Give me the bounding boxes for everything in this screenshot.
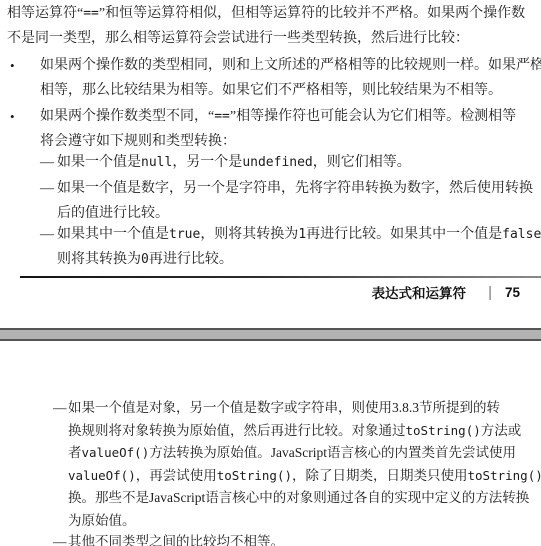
dash-text: 如果一个值是null，另一个是undefined，则它们相等。 — [57, 150, 541, 175]
dash-marker: — — [53, 397, 68, 533]
text-segment: ，则将其转换为 — [200, 227, 298, 242]
text-segment: 换规则将对象转换为原始值，然后再进行比较。对象通过 — [68, 423, 406, 438]
bullet-marker-icon: • — [10, 104, 40, 154]
bullet-text: 如果两个操作数类型不同，“==”相等操作符也可能会认为它们相等。检测相等将会遵守… — [40, 104, 541, 154]
text-segment: 如果一个值是对象，另一个值是数字或字符串，则使用3.8.3节所提到的转 — [68, 400, 500, 415]
text-segment: ”相等操作符也可能会认为它们相等。检测相等 — [230, 109, 516, 124]
page-break-separator — [0, 328, 541, 341]
dash-item-other-types: — 其他不同类型之间的比较均不相等。 — [53, 531, 533, 546]
text-line: 不是同一类型，那么相等运算符会尝试进行一些类型转换，然后进行比较： — [7, 26, 541, 51]
code-segment: toString() — [217, 468, 292, 483]
text-segment: 如果两个操作数类型不同，“ — [40, 109, 214, 124]
text-segment: 则将其转换为 — [57, 252, 141, 267]
text-segment: 者 — [68, 445, 82, 460]
dash-text: 其他不同类型之间的比较均不相等。 — [68, 531, 533, 546]
text-segment: 相等运算符“ — [7, 6, 83, 21]
intro-paragraph: 相等运算符“==”和恒等运算符相似，但相等运算符的比较并不严格。如果两个操作数不… — [7, 1, 541, 51]
text-segment: ，再尝试使用 — [136, 468, 217, 483]
code-segment: false — [502, 227, 541, 242]
text-line: 如果两个操作数类型不同，“==”相等操作符也可能会认为它们相等。检测相等 — [40, 104, 541, 129]
text-line: 如果一个值是对象，另一个值是数字或字符串，则使用3.8.3节所提到的转 — [68, 397, 541, 420]
code-segment: toString() — [406, 423, 481, 438]
dash-marker: — — [40, 222, 57, 272]
footer-section-title: 表达式和运算符 — [372, 282, 467, 302]
dash-text: 如果一个值是对象，另一个值是数字或字符串，则使用3.8.3节所提到的转换规则将对… — [68, 397, 541, 533]
bullet-text: 如果两个操作数的类型相同，则和上文所述的严格相等的比较规则一样。如果严格相等，那… — [40, 53, 541, 103]
dash-item-null-undefined: — 如果一个值是null，另一个是undefined，则它们相等。 — [40, 150, 541, 175]
text-segment: 方法或 — [481, 423, 522, 438]
page-footer: 表达式和运算符 | 75 — [372, 284, 520, 300]
bullet-marker-icon: • — [10, 53, 40, 103]
dash-marker: — — [40, 150, 57, 175]
dash-item-true-false: — 如果其中一个值是true，则将其转换为1再进行比较。如果其中一个值是fals… — [40, 222, 541, 272]
text-segment: ，另一个是 — [172, 155, 242, 170]
code-segment: valueOf() — [68, 468, 136, 483]
code-segment: null — [141, 155, 172, 170]
text-line: 如果两个操作数的类型相同，则和上文所述的严格相等的比较规则一样。如果严格 — [40, 53, 541, 78]
text-line: 为原始值。 — [68, 510, 541, 533]
footer-rule — [20, 276, 541, 278]
text-line: 则将其转换为0再进行比较。 — [57, 247, 541, 272]
text-segment: 后的值进行比较。 — [57, 206, 169, 221]
text-line: 换。那些不是JavaScript语言核心中的对象则通过各自的实现中定义的方法转换 — [68, 487, 541, 510]
text-segment: 如果一个值是 — [57, 155, 141, 170]
text-segment: 再进行比较。 — [149, 252, 233, 267]
text-segment: 为原始值。 — [68, 513, 136, 528]
bullet-item-same-type: • 如果两个操作数的类型相同，则和上文所述的严格相等的比较规则一样。如果严格相等… — [10, 53, 541, 103]
code-segment: true — [169, 227, 200, 242]
footer-separator-bar: | — [488, 284, 492, 301]
dash-marker: — — [53, 531, 68, 546]
code-segment: undefined — [242, 155, 312, 170]
text-line: 相等，那么比较结果为相等。如果它们不严格相等，则比较结果为不相等。 — [40, 78, 541, 103]
text-line: 其他不同类型之间的比较均不相等。 — [68, 531, 533, 546]
code-segment: == — [83, 6, 99, 21]
text-segment: 换。那些不是JavaScript语言核心中的对象则通过各自的实现中定义的方法转换 — [68, 490, 529, 505]
text-segment: 相等，那么比较结果为相等。如果它们不严格相等，则比较结果为不相等。 — [40, 83, 502, 98]
text-segment: 如果两个操作数的类型相同，则和上文所述的严格相等的比较规则一样。如果严格 — [40, 58, 541, 73]
text-segment: 方法转换为原始值。JavaScript语言核心的内置类首先尝试使用 — [149, 445, 516, 460]
code-segment: valueOf() — [82, 445, 150, 460]
text-line: 者valueOf()方法转换为原始值。JavaScript语言核心的内置类首先尝… — [68, 442, 541, 465]
dash-item-number-string: — 如果一个值是数字，另一个是字符串，先将字符串转换为数字，然后使用转换后的值进… — [40, 176, 541, 226]
text-line: 如果一个值是数字，另一个是字符串，先将字符串转换为数字，然后使用转换 — [57, 176, 541, 201]
code-segment: toString() — [468, 468, 541, 483]
text-segment: 其他不同类型之间的比较均不相等。 — [68, 534, 284, 546]
dash-item-object-conversion: — 如果一个值是对象，另一个值是数字或字符串，则使用3.8.3节所提到的转换规则… — [53, 397, 533, 533]
footer-page-number: 75 — [505, 285, 520, 300]
bullet-item-different-type: • 如果两个操作数类型不同，“==”相等操作符也可能会认为它们相等。检测相等将会… — [10, 104, 541, 154]
text-segment: 如果一个值是数字，另一个是字符串，先将字符串转换为数字，然后使用转换 — [57, 181, 533, 196]
dash-text: 如果其中一个值是true，则将其转换为1再进行比较。如果其中一个值是false，… — [57, 222, 541, 272]
text-segment: ，除了日期类，日期类只使用 — [292, 468, 468, 483]
text-line: 换规则将对象转换为原始值，然后再进行比较。对象通过toString()方法或 — [68, 420, 541, 443]
text-segment: 再进行比较。如果其中一个值是 — [306, 227, 502, 242]
text-segment: 如果其中一个值是 — [57, 227, 169, 242]
text-line: 如果其中一个值是true，则将其转换为1再进行比较。如果其中一个值是false， — [57, 222, 541, 247]
text-segment: 不是同一类型，那么相等运算符会尝试进行一些类型转换，然后进行比较： — [7, 31, 469, 46]
scanned-book-page: { "colors": { "paper": "#ffffff", "text"… — [0, 0, 541, 546]
code-segment: 1 — [298, 227, 306, 242]
text-segment: ”和恒等运算符相似，但相等运算符的比较并不严格。如果两个操作数 — [99, 6, 525, 21]
text-segment: ，则它们相等。 — [313, 155, 411, 170]
text-segment: 将会遵守如下规则和类型转换： — [40, 134, 236, 149]
text-line: valueOf()，再尝试使用toString()，除了日期类，日期类只使用to… — [68, 465, 541, 488]
dash-marker: — — [40, 176, 57, 226]
text-line: 如果一个值是null，另一个是undefined，则它们相等。 — [57, 150, 541, 175]
code-segment: == — [214, 109, 230, 124]
code-segment: 0 — [141, 252, 149, 267]
dash-text: 如果一个值是数字，另一个是字符串，先将字符串转换为数字，然后使用转换后的值进行比… — [57, 176, 541, 226]
text-line: 相等运算符“==”和恒等运算符相似，但相等运算符的比较并不严格。如果两个操作数 — [7, 1, 541, 26]
